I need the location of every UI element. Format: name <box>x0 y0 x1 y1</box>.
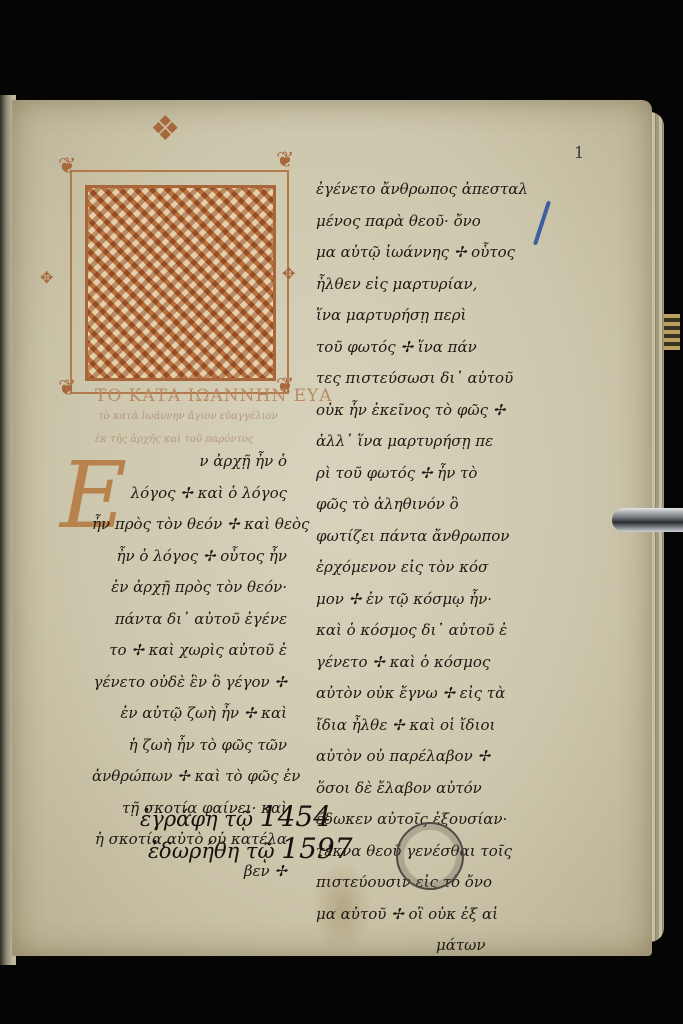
text-line: καὶ ὁ κόσμος δι᾽ αὐτοῦ ἐ <box>316 621 511 653</box>
text-line: ἦν πρὸς τὸν θεόν ✢ καὶ θεὸς <box>92 515 287 547</box>
text-line: βεν ✢ <box>92 862 287 894</box>
note-year: 1597 <box>281 832 352 865</box>
text-line: πάντα δι᾽ αὐτοῦ ἐγένε <box>92 610 287 642</box>
text-line: ἡ ζωὴ ἦν τὸ φῶς τῶν <box>92 736 287 768</box>
side-ornament-icon: ✥ <box>40 270 53 286</box>
text-line: το ✢ καὶ χωρὶς αὐτοῦ ἐ <box>92 641 287 673</box>
bottom-note-line-2: ἐδωρήθη τῷ 1597 <box>148 832 353 865</box>
title-rubric: ΤΟ ΚΑΤΑ ΙΩΑΝΝΗΝ ΕΥΑ <box>95 386 333 406</box>
text-line: οὐκ ἦν ἐκεῖνος τὸ φῶς ✢ <box>316 401 511 433</box>
folio-number: 1 <box>574 143 584 162</box>
subtitle-line-1: τὸ κατὰ ἰωάννην ἅγιον εὐαγγέλιον <box>98 411 278 422</box>
text-line: λόγος ✢ καὶ ὁ λόγος <box>92 484 287 516</box>
library-stamp-icon <box>396 822 464 890</box>
side-ornament-icon: ✥ <box>282 266 295 282</box>
book-clasp <box>664 314 680 350</box>
text-line: γένετο ✢ καὶ ὁ κόσμος <box>316 653 511 685</box>
text-line: ν ἀρχῇ ἦν ὁ <box>92 452 287 484</box>
page-clip <box>612 508 683 532</box>
corner-ornament-icon: ❦ <box>276 150 294 172</box>
text-line: μα αὐτοῦ ✢ οἳ οὐκ ἐξ αἱ <box>316 905 511 937</box>
text-line: ἐρχόμενον εἰς τὸν κόσ <box>316 558 511 590</box>
text-line: τοῦ φωτός ✢ ἵνα πάν <box>316 338 511 370</box>
text-line: μα αὐτῷ ἰωάννης ✢ οὗτος <box>316 243 511 275</box>
text-line: ὅσοι δὲ ἔλαβον αὐτόν <box>316 779 511 811</box>
interlace-headpiece <box>85 185 276 381</box>
text-line: ἦλθεν εἰς μαρτυρίαν, <box>316 275 511 307</box>
text-line: ἐν ἀρχῇ πρὸς τὸν θεόν· <box>92 578 287 610</box>
text-line: αὐτὸν οὐ παρέλαβον ✢ <box>316 747 511 779</box>
note-year: 1454 <box>260 800 331 833</box>
bottom-note-line-1: ἐγράφη τῷ 1454 <box>140 800 331 833</box>
text-line: φῶς τὸ ἀληθινόν ὃ <box>316 495 511 527</box>
corner-ornament-icon: ❦ <box>58 378 76 400</box>
text-line: τες πιστεύσωσι δι᾽ αὐτοῦ <box>316 369 511 401</box>
corner-ornament-icon: ❦ <box>58 156 76 178</box>
cross-ornament-icon: ❖ <box>150 112 180 146</box>
note-text: ἐδωρήθη τῷ <box>148 839 275 863</box>
text-line: ἵνα μαρτυρήσῃ περὶ <box>316 306 511 338</box>
text-line: ἐν αὐτῷ ζωὴ ἦν ✢ καὶ <box>92 704 287 736</box>
text-line: φωτίζει πάντα ἄνθρωπον <box>316 527 511 559</box>
text-line: ἴδια ἦλθε ✢ καὶ οἱ ἴδιοι <box>316 716 511 748</box>
text-line: ρὶ τοῦ φωτός ✢ ἦν τὸ <box>316 464 511 496</box>
text-line: ἦν ὁ λόγος ✢ οὗτος ἦν <box>92 547 287 579</box>
text-line: μένος παρὰ θεοῦ· ὄνο <box>316 212 511 244</box>
text-line: γένετο οὐδὲ ἓν ὃ γέγον ✢ <box>92 673 287 705</box>
text-line: αὐτὸν οὐκ ἔγνω ✢ εἰς τὰ <box>316 684 511 716</box>
note-text: ἐγράφη τῷ <box>140 807 253 831</box>
text-line: ἐγένετο ἄνθρωπος ἀπεσταλ <box>316 180 511 212</box>
text-line: μον ✢ ἐν τῷ κόσμῳ ἦν· <box>316 590 511 622</box>
text-line: ἀνθρώπων ✢ καὶ τὸ φῶς ἐν <box>92 767 287 799</box>
text-line: μάτων <box>316 936 511 968</box>
text-line: ἀλλ᾽ ἵνα μαρτυρήσῃ πε <box>316 432 511 464</box>
